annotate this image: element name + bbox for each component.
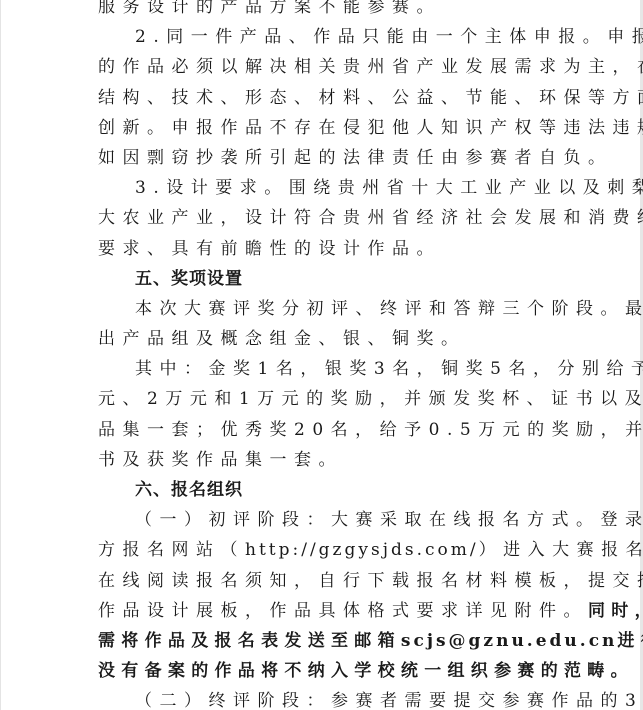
text-line: 大农业产业，设计符合贵州省经济社会发展和消费结构升级 xyxy=(98,203,548,233)
section-heading-registration: 六、报名组织 xyxy=(98,475,548,505)
text-line: （一）初评阶段：大赛采取在线报名方式。登录大赛官 xyxy=(98,505,548,535)
text-line: 如因剽窃抄袭所引起的法律责任由参赛者自负。 xyxy=(98,143,548,173)
section-heading-awards: 五、奖项设置 xyxy=(98,264,548,294)
text-segment: 需将作品及报名表发送至邮箱 xyxy=(98,631,401,651)
text-line: 方报名网站（http://gzgysjds.com/）进入大赛报名系统， xyxy=(98,535,548,565)
text-line: 结构、技术、形态、材料、公益、节能、环保等方面有较大 xyxy=(98,83,548,113)
bold-notice-line: 需将作品及报名表发送至邮箱scjs@gznu.edu.cn进行备案， xyxy=(98,626,548,656)
text-line: 本次大赛评奖分初评、终评和答辩三个阶段。最终评选 xyxy=(98,294,548,324)
text-line: 其中：金奖1名，银奖3名，铜奖5名，分别给予5万 xyxy=(98,354,548,384)
text-line: 的作品必须以解决相关贵州省产业发展需求为主，在功能、 xyxy=(98,52,548,82)
text-segment: 作品设计展板，作品具体格式要求详见附件。 xyxy=(98,601,588,621)
bold-notice-line: 没有备案的作品将不纳入学校统一组织参赛的范畴。 xyxy=(98,656,548,686)
text-line: 2.同一件产品、作品只能由一个主体申报。申报概念类 xyxy=(98,22,548,52)
text-line: 创新。申报作品不存在侵犯他人知识产权等违法违规情形， xyxy=(98,113,548,143)
text-segment: 进行备案， xyxy=(617,631,643,651)
text-line: 3.设计要求。围绕贵州省十大工业产业以及刺梨等十二 xyxy=(98,173,548,203)
text-line: 作品设计展板，作品具体格式要求详见附件。同时，参赛人 xyxy=(98,596,548,626)
text-line: 出产品组及概念组金、银、铜奖。 xyxy=(98,324,548,354)
text-line: 要求、具有前瞻性的设计作品。 xyxy=(98,234,548,264)
text-line: 服务设计的产品方案不能参赛。 xyxy=(98,0,548,22)
text-segment: ）进入大赛报名系统， xyxy=(479,540,643,560)
bold-notice: 同时，参赛人 xyxy=(588,601,643,621)
text-line: 书及获奖作品集一套。 xyxy=(98,445,548,475)
text-line: 在线阅读报名须知，自行下载报名材料模板，提交报名表和 xyxy=(98,566,548,596)
text-line: 元、2万元和1万元的奖励，并颁发奖杯、证书以及获奖作 xyxy=(98,384,548,414)
text-segment: 方报名网站（ xyxy=(98,540,245,560)
email-address: scjs@gznu.edu.cn xyxy=(401,631,618,651)
text-line: （二）终评阶段：参赛者需要提交参赛作品的3D建模 xyxy=(98,686,548,710)
registration-url: http://gzgysjds.com/ xyxy=(245,540,479,560)
page-left-edge xyxy=(0,0,1,710)
text-line: 品集一套；优秀奖20名，给予0.5万元的奖励，并颁发证 xyxy=(98,415,548,445)
document-page: 服务设计的产品方案不能参赛。 2.同一件产品、作品只能由一个主体申报。申报概念类… xyxy=(98,0,548,710)
